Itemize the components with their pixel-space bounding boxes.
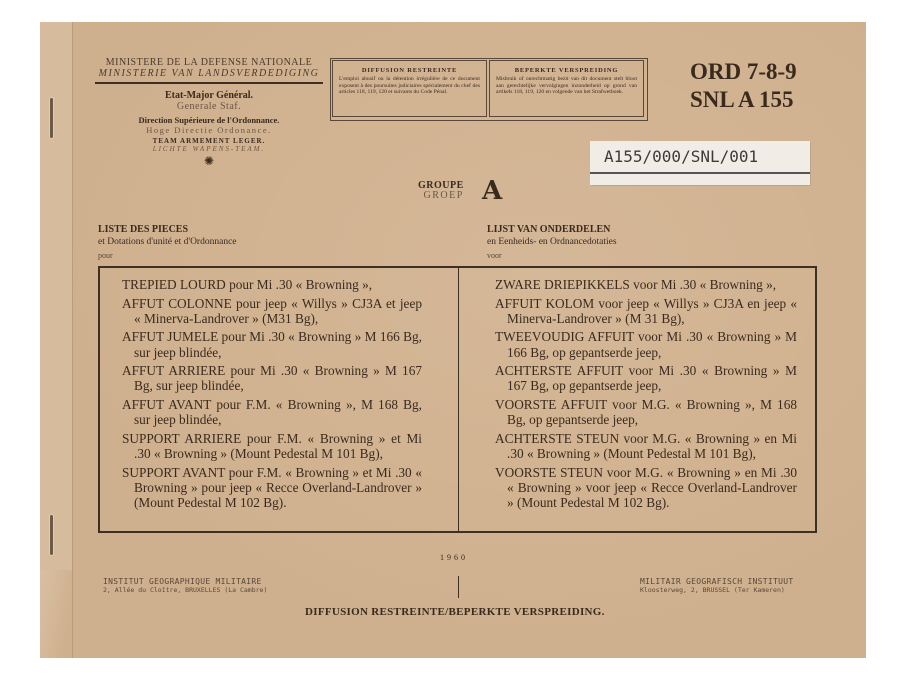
list-item: TWEEVOUDIG AFFUIT voor Mi .30 « Browning…: [495, 329, 797, 359]
staple-icon: [50, 515, 53, 555]
direction-fr: Direction Supérieure de l'Ordonnance.: [95, 115, 323, 125]
publisher-nl: MILITAIR GEOGRAFISCH INSTITUUT Kloosterw…: [640, 577, 794, 594]
parts-list-box: TREPIED LOURD pour Mi .30 « Browning », …: [98, 266, 817, 533]
parts-list-nl: ZWARE DRIEPIKKELS voor Mi .30 « Browning…: [495, 277, 797, 514]
column-subtitle-nl: en Eenheids- en Ordnancedotaties: [487, 236, 617, 249]
list-item: ACHTERSTE STEUN voor M.G. « Browning » e…: [495, 431, 797, 461]
list-item: AFFUT ARRIERE pour Mi .30 « Browning » M…: [122, 363, 422, 393]
notice-nl-title: BEPERKTE VERSPREIDING: [496, 67, 637, 74]
publisher-address-nl: Kloosterweg, 2, BRUSSEL (Ter Kameren): [640, 586, 794, 594]
torn-edge: [40, 570, 72, 658]
binding-strip: [40, 22, 73, 658]
publisher-name-nl: MILITAIR GEOGRAFISCH INSTITUUT: [640, 577, 794, 586]
notice-fr-title: DIFFUSION RESTREINTE: [339, 67, 480, 74]
catalog-label-code: A155/000/SNL/001: [604, 147, 758, 166]
ministry-name-fr: MINISTERE DE LA DEFENSE NATIONALE: [95, 57, 323, 68]
catalog-label-sticker: A155/000/SNL/001: [590, 141, 810, 185]
column-title-fr: LISTE DES PIECES: [98, 223, 237, 236]
notice-fr-body: L'emploi abusif ou la détention irréguli…: [339, 76, 480, 96]
emblem-icon: ✺: [95, 154, 323, 169]
team-fr: TEAM ARMEMENT LEGER.: [95, 137, 323, 145]
label-rule: [590, 172, 810, 174]
team-nl: LICHTE WAPENS-TEAM.: [95, 145, 323, 153]
publisher-name-fr: INSTITUT GEOGRAPHIQUE MILITAIRE: [103, 577, 267, 586]
list-item: AFFUT JUMELE pour Mi .30 « Browning » M …: [122, 329, 422, 359]
reference-line-2: SNL A 155: [690, 86, 797, 114]
group-label-nl: GROEP: [418, 191, 464, 201]
ministry-header: MINISTERE DE LA DEFENSE NATIONALE MINIST…: [95, 57, 323, 169]
ministry-name-nl: MINISTERIE VAN LANDSVERDEDIGING: [95, 68, 323, 84]
publisher-fr: INSTITUT GEOGRAPHIQUE MILITAIRE 2, Allée…: [103, 577, 267, 594]
column-heading-fr: LISTE DES PIECES et Dotations d'unité et…: [98, 223, 237, 262]
column-pour: pour: [98, 249, 237, 262]
staff-nl: Generale Staf.: [95, 101, 323, 112]
list-item: TREPIED LOURD pour Mi .30 « Browning »,: [122, 277, 422, 292]
list-item: AFFUIT KOLOM voor jeep « Willys » CJ3A e…: [495, 296, 797, 326]
column-title-nl: LIJST VAN ONDERDELEN: [487, 223, 617, 236]
list-item: ACHTERSTE AFFUIT voor Mi .30 « Browning …: [495, 363, 797, 393]
column-voor: voor: [487, 249, 617, 262]
list-item: AFFUT AVANT pour F.M. « Browning », M 16…: [122, 397, 422, 427]
notice-nl-body: Misbruik of onrechtmatig bezit van dit d…: [496, 76, 637, 96]
notice-nl: BEPERKTE VERSPREIDING Misbruik of onrech…: [489, 60, 644, 117]
publication-year: 1960: [440, 553, 468, 562]
distribution-footer: DIFFUSION RESTREINTE/BEPERKTE VERSPREIDI…: [305, 606, 605, 618]
group-heading: GROUPE GROEP: [418, 180, 464, 201]
direction-nl: Hoge Directie Ordonance.: [95, 125, 323, 135]
reference-code: ORD 7-8-9 SNL A 155: [690, 58, 797, 114]
notice-fr: DIFFUSION RESTREINTE L'emploi abusif ou …: [332, 60, 487, 117]
column-heading-nl: LIJST VAN ONDERDELEN en Eenheids- en Ord…: [487, 223, 617, 262]
list-item: VOORSTE AFFUIT voor M.G. « Browning », M…: [495, 397, 797, 427]
reference-line-1: ORD 7-8-9: [690, 58, 797, 86]
list-item: ZWARE DRIEPIKKELS voor Mi .30 « Browning…: [495, 277, 797, 292]
list-item: VOORSTE STEUN voor M.G. « Browning » en …: [495, 465, 797, 511]
footer-divider: [458, 576, 459, 598]
list-item: AFFUT COLONNE pour jeep « Willys » CJ3A …: [122, 296, 422, 326]
parts-list-fr: TREPIED LOURD pour Mi .30 « Browning », …: [122, 277, 422, 514]
column-subtitle-fr: et Dotations d'unité et d'Ordonnance: [98, 236, 237, 249]
column-divider: [458, 268, 459, 531]
staple-icon: [50, 98, 53, 138]
group-letter: A: [482, 176, 502, 206]
list-item: SUPPORT AVANT pour F.M. « Browning » et …: [122, 465, 422, 511]
publisher-address-fr: 2, Allée du Cloître, BRUXELLES (La Cambr…: [103, 586, 267, 594]
staff-fr: Etat-Major Général.: [95, 90, 323, 101]
list-item: SUPPORT ARRIERE pour F.M. « Browning » e…: [122, 431, 422, 461]
